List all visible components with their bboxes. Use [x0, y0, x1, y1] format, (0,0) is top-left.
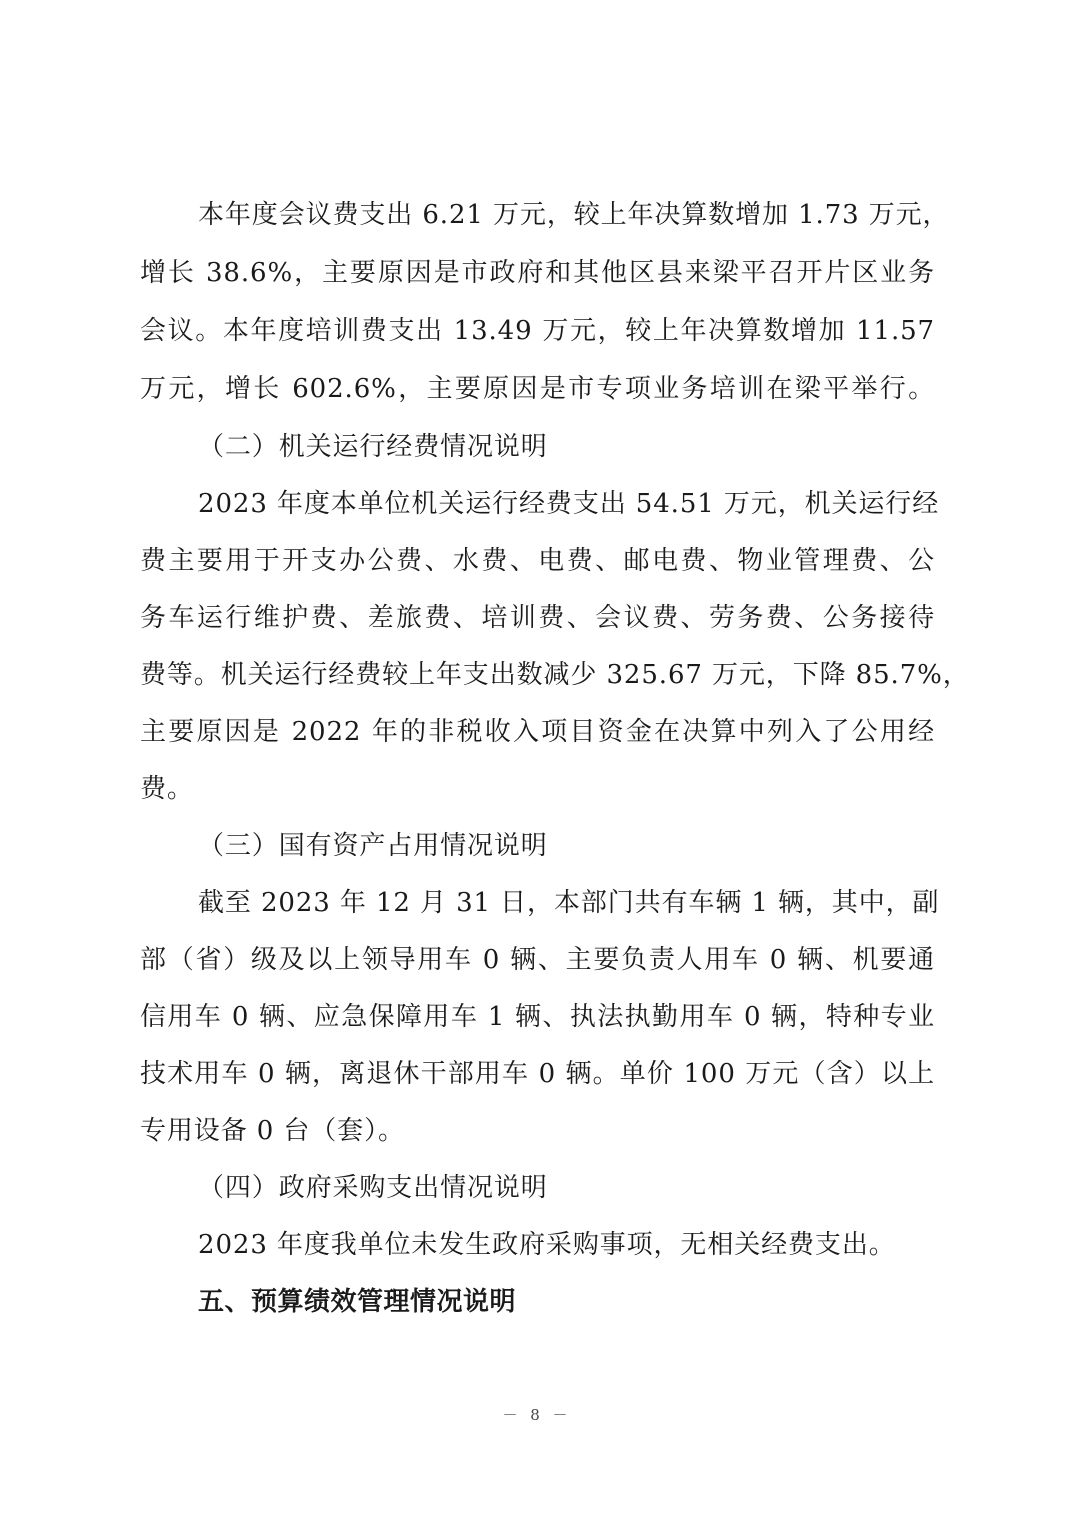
section-heading-performance-management: 五、预算绩效管理情况说明 — [198, 1282, 935, 1322]
paragraph-meeting-fee-line-1: 本年度会议费支出 6.21 万元，较上年决算数增加 1.73 万元， — [198, 195, 935, 235]
paragraph-state-assets-line-2: 部（省）级及以上领导用车 0 辆、主要负责人用车 0 辆、机要通 — [140, 940, 935, 980]
paragraph-operating-expenses-line-4: 费等。机关运行经费较上年支出数减少 325.67 万元，下降 85.7%， — [140, 655, 935, 695]
paragraph-state-assets-line-3: 信用车 0 辆、应急保障用车 1 辆、执法执勤用车 0 辆，特种专业 — [140, 997, 935, 1037]
paragraph-meeting-fee-line-4: 万元，增长 602.6%，主要原因是市专项业务培训在梁平举行。 — [140, 369, 935, 409]
document-page: 本年度会议费支出 6.21 万元，较上年决算数增加 1.73 万元， 增长 38… — [0, 0, 1074, 1520]
subheading-government-procurement: （四）政府采购支出情况说明 — [198, 1168, 935, 1208]
paragraph-state-assets-line-5: 专用设备 0 台（套）。 — [140, 1111, 935, 1151]
paragraph-government-procurement-line-1: 2023 年度我单位未发生政府采购事项，无相关经费支出。 — [198, 1225, 935, 1265]
paragraph-operating-expenses-line-6: 费。 — [140, 769, 935, 809]
paragraph-operating-expenses-line-5: 主要原因是 2022 年的非税收入项目资金在决算中列入了公用经 — [140, 712, 935, 752]
paragraph-operating-expenses-line-2: 费主要用于开支办公费、水费、电费、邮电费、物业管理费、公 — [140, 541, 935, 581]
paragraph-meeting-fee-line-3: 会议。本年度培训费支出 13.49 万元，较上年决算数增加 11.57 — [140, 311, 935, 351]
paragraph-state-assets-line-4: 技术用车 0 辆，离退休干部用车 0 辆。单价 100 万元（含）以上 — [140, 1054, 935, 1094]
paragraph-operating-expenses-line-3: 务车运行维护费、差旅费、培训费、会议费、劳务费、公务接待 — [140, 598, 935, 638]
subheading-operating-expenses: （二）机关运行经费情况说明 — [198, 427, 935, 467]
paragraph-operating-expenses-line-1: 2023 年度本单位机关运行经费支出 54.51 万元，机关运行经 — [198, 484, 935, 524]
subheading-state-assets: （三）国有资产占用情况说明 — [198, 826, 935, 866]
page-number: － 8 － — [0, 1404, 1074, 1425]
paragraph-meeting-fee-line-2: 增长 38.6%，主要原因是市政府和其他区县来梁平召开片区业务 — [140, 253, 935, 293]
paragraph-state-assets-line-1: 截至 2023 年 12 月 31 日，本部门共有车辆 1 辆，其中，副 — [198, 883, 935, 923]
